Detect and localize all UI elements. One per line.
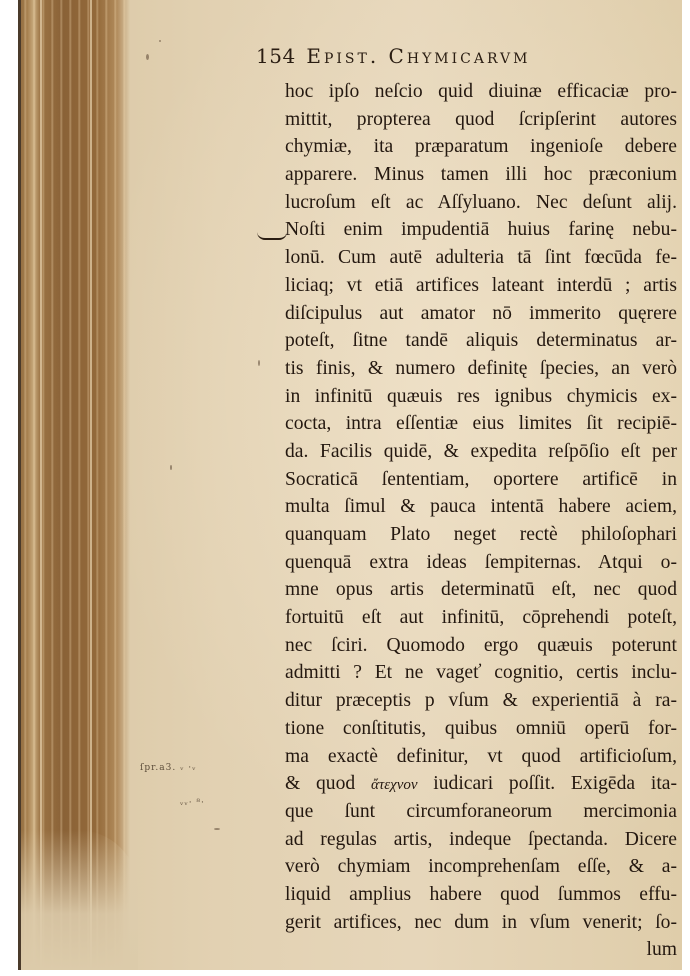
text-line: mne opus artis determinatū eſt, nec quod — [285, 576, 677, 604]
text-line: tione conſtitutis, quibus omniū operū fo… — [285, 715, 677, 743]
running-title: Epist. Chymicarvm — [306, 44, 530, 68]
text-line: ad regulas artis, indeque ſpectanda. Dic… — [285, 826, 677, 854]
paper-speck — [170, 465, 172, 470]
text-line: cocta, intra eſſentiæ eius limites ſit r… — [285, 410, 677, 438]
gutter-highlight — [40, 0, 42, 970]
text-line: tis finis, & numero definitę ſpecies, an… — [285, 355, 677, 383]
text-line: mittit, propterea quod ſcripſerint autor… — [285, 106, 677, 134]
text-line: lucroſum eſt ac Aſſyluano. Nec deſunt al… — [285, 189, 677, 217]
body-text: hoc ipſo neſcio quid diuinæ efficaciæ pr… — [285, 78, 677, 964]
text-line: admitti ? Et ne vageť cognitio, certis i… — [285, 659, 677, 687]
paper-speck — [159, 40, 161, 42]
text-line: liquid amplius habere quod ſummos effu- — [285, 881, 677, 909]
ink-underline-mark — [257, 232, 287, 240]
text-line: multa ſimul & pauca intentā habere aciem… — [285, 493, 677, 521]
paper-stain — [18, 830, 138, 970]
text-line: apparere. Minus tamen illi hoc præconium — [285, 161, 677, 189]
paper-speck — [146, 54, 149, 60]
text-line-with-greek: & quod ἄτεχνον iudicari poſſit. Exigēda … — [285, 770, 677, 798]
page-number: 154 — [256, 44, 300, 68]
greek-word: ἄτεχνον — [371, 777, 418, 793]
gutter-highlight — [90, 0, 92, 970]
text-line: poteſt, ſitne tandē aliquis determinatus… — [285, 327, 677, 355]
page-gutter-shadow — [18, 0, 130, 970]
text-line: da. Facilis quidē, & expedita reſpōſio e… — [285, 438, 677, 466]
text-line: ma exactè definitur, vt quod artificioſu… — [285, 743, 677, 771]
text-line: Noſti enim impudentiā huius farinę nebu- — [285, 216, 677, 244]
text-line: Socraticā ſententiam, oportere artificē … — [285, 466, 677, 494]
paper-speck — [258, 360, 260, 366]
text-line: verò chymiam incomprehenſam eſſe, & a- — [285, 853, 677, 881]
text-fragment: iudicari poſſit. Exigēda ita- — [433, 773, 677, 794]
page-edge — [18, 0, 21, 970]
text-line: hoc ipſo neſcio quid diuinæ efficaciæ pr… — [285, 78, 677, 106]
text-line: que ſunt circumforaneorum mercimonia — [285, 798, 677, 826]
text-line: fortuitū eſt aut infinitū, cōprehendi po… — [285, 604, 677, 632]
handwritten-marginal-note: ᵥᵥ· ⁸· — [180, 798, 205, 808]
paper-speck — [214, 828, 220, 830]
text-line: nec ſciri. Quomodo ergo quæuis poterunt — [285, 632, 677, 660]
handwritten-marginal-note: ſpr.a3. ᵥ ·ᵥ — [140, 763, 197, 773]
text-line: gerit artifices, nec dum in vſum venerit… — [285, 909, 677, 937]
text-line: ditur præceptis p vſum & experientiā à r… — [285, 687, 677, 715]
running-head: 154 Epist. Chymicarvm — [256, 44, 676, 70]
catchword: lum — [285, 936, 677, 964]
text-line: chymiæ, ita præparatum ingenioſe debere — [285, 133, 677, 161]
text-line: liciaq; vt etiā artifices lateant interd… — [285, 272, 677, 300]
text-line: quenquā extra ideas ſempiternas. Atqui o… — [285, 549, 677, 577]
text-line: quanquam Plato neget rectè philoſophari — [285, 521, 677, 549]
text-line: in infinitū quæuis res ignibus chymicis … — [285, 383, 677, 411]
text-fragment: & quod — [285, 773, 355, 794]
text-line: lonū. Cum autē adulteria tā ſint fœcūda … — [285, 244, 677, 272]
text-line: diſcipulus aut amator nō immerito quęrer… — [285, 300, 677, 328]
